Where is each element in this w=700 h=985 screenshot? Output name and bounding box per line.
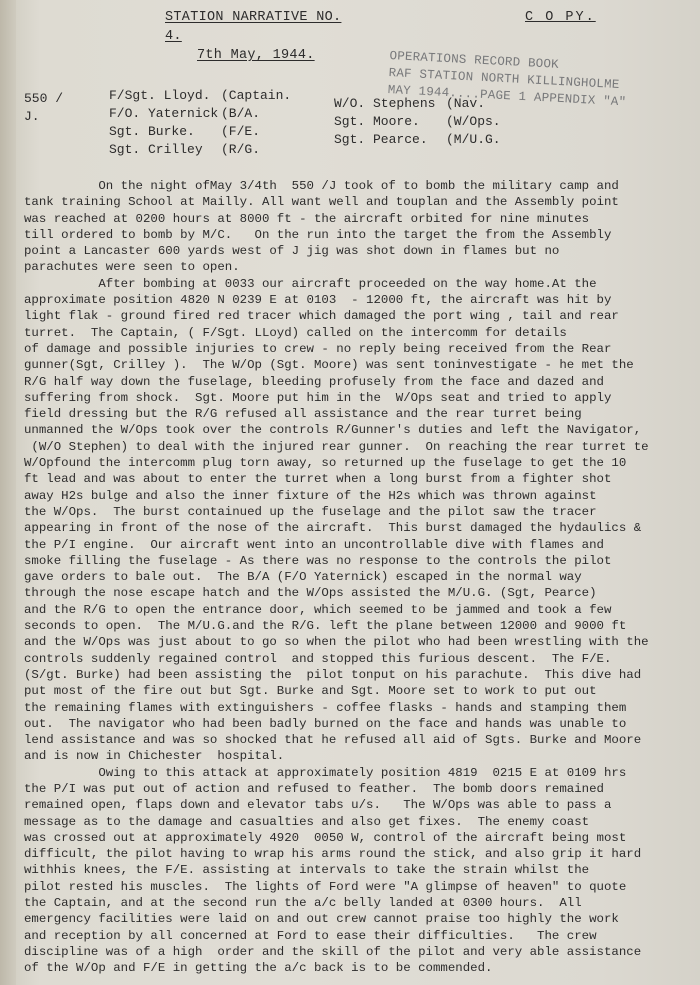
narrative-line: suffering from shock. Sgt. Moore put him… (24, 390, 664, 406)
narrative-line: and reception by all concerned at Ford t… (24, 928, 664, 944)
document-title: STATION NARRATIVE NO. 4. (165, 8, 350, 46)
narrative-line: lend assistance and was so shocked that … (24, 732, 664, 748)
narrative-line: (W/O Stephen) to deal with the injured r… (24, 439, 664, 455)
crew-role: (W/Ops. (446, 113, 501, 131)
crew-name: Sgt. Moore. (334, 113, 446, 131)
narrative-line: ft lead and was about to enter the turre… (24, 471, 664, 487)
narrative-line: and the W/Ops was just about to go so wh… (24, 634, 664, 650)
narrative-line: W/Opfound the intercomm plug torn away, … (24, 455, 664, 471)
crew-role: (Nav. (446, 95, 485, 113)
narrative-line: message as to the damage and casualties … (24, 814, 664, 830)
copy-label: C O PY. (525, 10, 596, 25)
narrative-line: through the nose escape hatch and the W/… (24, 585, 664, 601)
narrative-line: field dressing but the R/G refused all a… (24, 406, 664, 422)
title-block: STATION NARRATIVE NO. 4. 7th May, 1944. (165, 8, 350, 65)
aircraft-id: 550 / J. (24, 90, 84, 126)
narrative-line: gunner(Sgt, Crilley ). The W/Op (Sgt. Mo… (24, 357, 664, 373)
narrative-line: and is now in Chichester hospital. (24, 748, 664, 764)
narrative-body: On the night ofMay 3/4th 550 /J took of … (24, 178, 664, 977)
crew-member: F/Sgt. Lloyd.(Captain. (109, 87, 329, 105)
narrative-line: After bombing at 0033 our aircraft proce… (24, 276, 664, 292)
narrative-line: turret. The Captain, ( F/Sgt. LLoyd) cal… (24, 325, 664, 341)
crew-member: F/O. Yaternick(B/A. (109, 105, 329, 123)
crew-member: W/O. Stephens(Nav. (334, 95, 554, 113)
document-page: STATION NARRATIVE NO. 4. 7th May, 1944. … (0, 0, 700, 985)
crew-member: Sgt. Burke.(F/E. (109, 123, 329, 141)
narrative-line: R/G half way down the fuselage, bleeding… (24, 374, 664, 390)
narrative-line: discipline was of a high order and the s… (24, 944, 664, 960)
narrative-line: (S/gt. Burke) had been assisting the pil… (24, 667, 664, 683)
narrative-line: seconds to open. The M/U.G.and the R/G. … (24, 618, 664, 634)
narrative-line: emergency facilities were laid on and ou… (24, 911, 664, 927)
narrative-line: of damage and possible injuries to crew … (24, 341, 664, 357)
crew-role: (R/G. (221, 141, 260, 159)
narrative-line: the Captain, and at the second run the a… (24, 895, 664, 911)
crew-role: (B/A. (221, 105, 260, 123)
narrative-line: was reached at 0200 hours at 8000 ft - t… (24, 211, 664, 227)
narrative-line: controls suddenly regained control and s… (24, 651, 664, 667)
narrative-line: away H2s bulge and also the inner fixtur… (24, 488, 664, 504)
narrative-line: tank training School at Mailly. All want… (24, 194, 664, 210)
crew-name: F/O. Yaternick (109, 105, 221, 123)
narrative-line: approximate position 4820 N 0239 E at 01… (24, 292, 664, 308)
crew-member: Sgt. Pearce.(M/U.G. (334, 131, 554, 149)
crew-name: Sgt. Burke. (109, 123, 221, 141)
narrative-line: the remaining flames with extinguishers … (24, 700, 664, 716)
narrative-line: the W/Ops. The burst containued up the f… (24, 504, 664, 520)
narrative-line: withhis knees, the F/E. assisting at int… (24, 862, 664, 878)
narrative-line: parachutes were seen to open. (24, 259, 664, 275)
narrative-line: put most of the fire out but Sgt. Burke … (24, 683, 664, 699)
narrative-line: out. The navigator who had been badly bu… (24, 716, 664, 732)
narrative-line: light flak - ground fired red tracer whi… (24, 308, 664, 324)
narrative-line: and the R/G to open the entrance door, w… (24, 602, 664, 618)
narrative-line: On the night ofMay 3/4th 550 /J took of … (24, 178, 664, 194)
crew-name: F/Sgt. Lloyd. (109, 87, 221, 105)
narrative-line: appearing in front of the nose of the ai… (24, 520, 664, 536)
narrative-line: the P/I was put out of action and refuse… (24, 781, 664, 797)
crew-name: W/O. Stephens (334, 95, 446, 113)
crew-column-right: W/O. Stephens(Nav. Sgt. Moore.(W/Ops. Sg… (334, 95, 554, 149)
crew-role: (Captain. (221, 87, 291, 105)
narrative-line: gave orders to bale out. The B/A (F/O Ya… (24, 569, 664, 585)
crew-role: (M/U.G. (446, 131, 501, 149)
narrative-line: pilot rested his muscles. The lights of … (24, 879, 664, 895)
narrative-line: the P/I engine. Our aircraft went into a… (24, 537, 664, 553)
narrative-line: point a Lancaster 600 yards west of J ji… (24, 243, 664, 259)
narrative-line: was crossed out at approximately 4920 00… (24, 830, 664, 846)
crew-member: Sgt. Crilley(R/G. (109, 141, 329, 159)
document-date: 7th May, 1944. (165, 46, 350, 65)
narrative-line: smoke filling the fuselage - As there wa… (24, 553, 664, 569)
narrative-line: difficult, the pilot having to wrap his … (24, 846, 664, 862)
crew-name: Sgt. Pearce. (334, 131, 446, 149)
narrative-line: remained open, flaps down and elevator t… (24, 797, 664, 813)
narrative-line: Owing to this attack at approximately po… (24, 765, 664, 781)
narrative-line: of the W/Op and F/E in getting the a/c b… (24, 960, 664, 976)
crew-role: (F/E. (221, 123, 260, 141)
crew-member: Sgt. Moore.(W/Ops. (334, 113, 554, 131)
narrative-line: till ordered to bomb by M/C. On the run … (24, 227, 664, 243)
crew-column-left: F/Sgt. Lloyd.(Captain. F/O. Yaternick(B/… (109, 87, 329, 159)
narrative-line: unmanned the W/Ops took over the control… (24, 422, 664, 438)
crew-name: Sgt. Crilley (109, 141, 221, 159)
